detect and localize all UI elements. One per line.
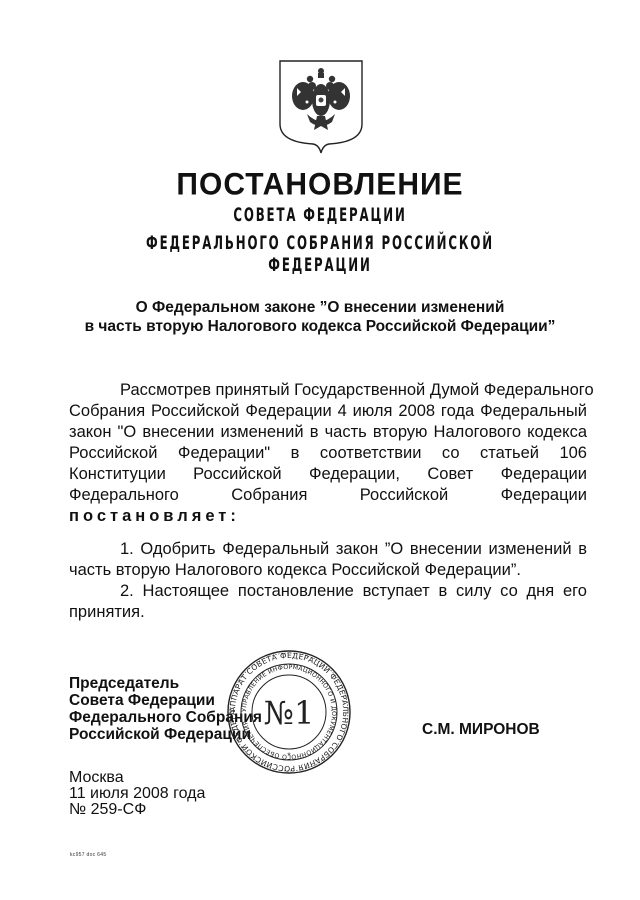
place-and-date: Москва 11 июля 2008 года № 259-СФ bbox=[69, 770, 205, 818]
official-seal-icon: АППАРАТ СОВЕТА ФЕДЕРАЦИИ ФЕДЕРАЛЬНОГО СО… bbox=[226, 648, 352, 776]
svg-text:*: * bbox=[287, 751, 291, 761]
issuer-line-2: ФЕДЕРАЛЬНОГО СОБРАНИЯ РОССИЙСКОЙ ФЕДЕРАЦ… bbox=[122, 232, 519, 276]
resolution-items: 1. Одобрить Федеральный закон ”О внесени… bbox=[69, 539, 587, 623]
item-2-line-2: принятия. bbox=[69, 602, 587, 623]
date: 11 июля 2008 года bbox=[69, 786, 205, 802]
preamble-line: Федерального Собрания Российской Федерац… bbox=[69, 485, 587, 506]
issuer-line-1: СОВЕТА ФЕДЕРАЦИИ bbox=[122, 204, 519, 226]
preamble-line: Собрания Российской Федерации 4 июля 200… bbox=[69, 401, 587, 422]
city: Москва bbox=[69, 770, 205, 786]
document-subject: О Федеральном законе ”О внесении изменен… bbox=[0, 298, 640, 336]
document-title: ПОСТАНОВЛЕНИЕ bbox=[0, 167, 640, 203]
item-1-line-2: часть вторую Налогового кодекса Российск… bbox=[69, 560, 587, 581]
russian-coat-of-arms-icon bbox=[277, 58, 365, 156]
subject-line-1: О Федеральном законе ”О внесении изменен… bbox=[0, 298, 640, 317]
item-1-line-1: 1. Одобрить Федеральный закон ”О внесени… bbox=[69, 539, 587, 560]
document-page: ПОСТАНОВЛЕНИЕ СОВЕТА ФЕДЕРАЦИИ ФЕДЕРАЛЬН… bbox=[0, 0, 640, 900]
preamble-line: Конституции Российской Федерации, Совет … bbox=[69, 464, 587, 485]
item-2-line-1: 2. Настоящее постановление вступает в си… bbox=[69, 581, 587, 602]
resolves-word: постановляет: bbox=[69, 506, 587, 527]
document-number: № 259-СФ bbox=[69, 802, 205, 818]
preamble-paragraph: Рассмотрев принятый Государственной Думо… bbox=[69, 380, 587, 527]
preamble-line: Рассмотрев принятый Государственной Думо… bbox=[69, 380, 587, 401]
seal-center-number: №1 bbox=[264, 694, 315, 732]
preamble-line: Российской Федерации" в соответствии со … bbox=[69, 443, 587, 464]
signatory-name: С.М. МИРОНОВ bbox=[422, 721, 540, 739]
preamble-line: закон "О внесении изменений в часть втор… bbox=[69, 422, 587, 443]
footer-reference: kc957 doc 645 bbox=[70, 852, 106, 858]
subject-line-2: в часть вторую Налогового кодекса Россий… bbox=[0, 317, 640, 336]
